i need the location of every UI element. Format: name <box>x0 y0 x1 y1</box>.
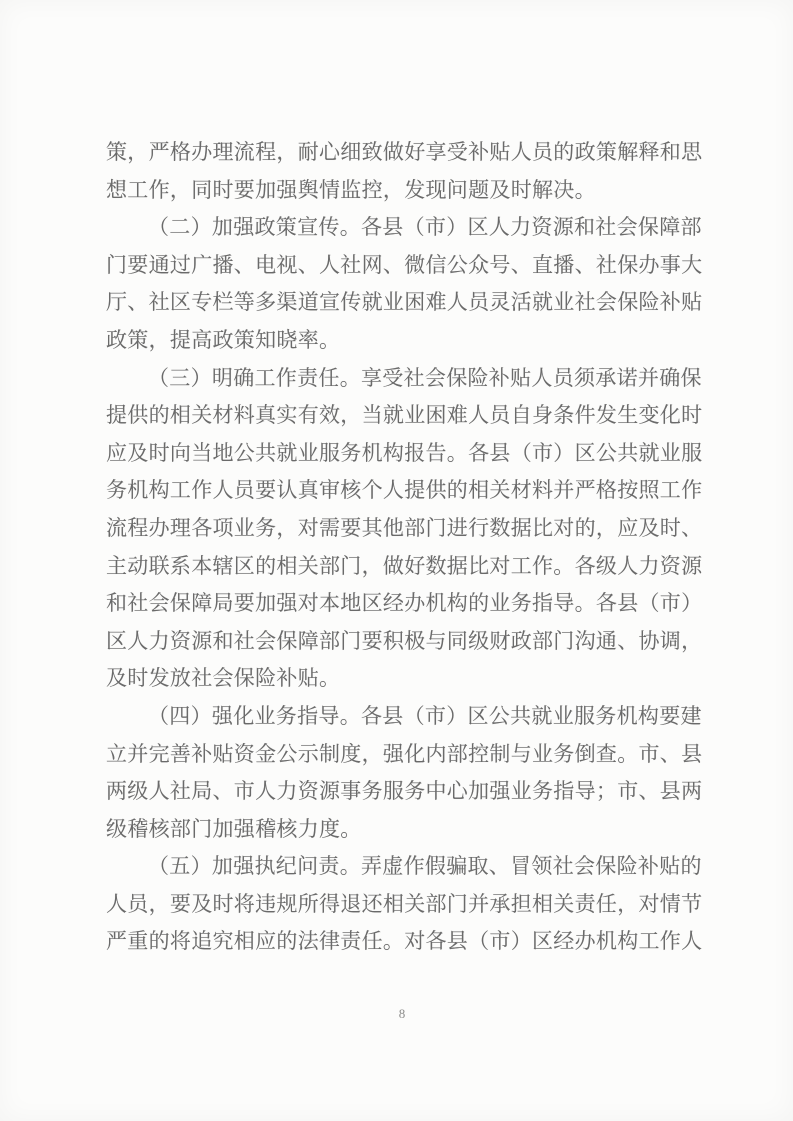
paragraph: （三）明确工作责任。享受社会保险补贴人员须承诺并确保提供的相关材料真实有效，当就… <box>106 360 698 698</box>
paragraph: （五）加强执纪问责。弄虚作假骗取、冒领社会保险补贴的人员，要及时将违规所得退还相… <box>106 848 698 961</box>
text-line: 区人力资源和社会保障部门要积极与同级财政部门沟通、协调， <box>106 623 698 661</box>
text-line: （四）强化业务指导。各县（市）区公共就业服务机构要建 <box>106 698 698 736</box>
text-line: 和社会保障局要加强对本地区经办机构的业务指导。各县（市） <box>106 585 698 623</box>
text-line: 人员，要及时将违规所得退还相关部门并承担相关责任，对情节 <box>106 886 698 924</box>
text-line: 应及时向当地公共就业服务机构报告。各县（市）区公共就业服 <box>106 435 698 473</box>
text-line: 两级人社局、市人力资源事务服务中心加强业务指导；市、县两 <box>106 773 698 811</box>
text-line: 门要通过广播、电视、人社网、微信公众号、直播、社保办事大 <box>106 247 698 285</box>
text-line: 及时发放社会保险补贴。 <box>106 660 698 698</box>
paragraph: （二）加强政策宣传。各县（市）区人力资源和社会保障部门要通过广播、电视、人社网、… <box>106 209 698 359</box>
text-line: 想工作，同时要加强舆情监控，发现问题及时解决。 <box>106 172 698 210</box>
text-line: 级稽核部门加强稽核力度。 <box>106 811 698 849</box>
text-line: 提供的相关材料真实有效，当就业困难人员自身条件发生变化时 <box>106 397 698 435</box>
page-number: 8 <box>106 1006 698 1022</box>
document-page: 策，严格办理流程，耐心细致做好享受补贴人员的政策解释和思想工作，同时要加强舆情监… <box>0 0 793 1121</box>
text-line: 主动联系本辖区的相关部门，做好数据比对工作。各级人力资源 <box>106 548 698 586</box>
text-line: 严重的将追究相应的法律责任。对各县（市）区经办机构工作人 <box>106 923 698 961</box>
text-line: 策，严格办理流程，耐心细致做好享受补贴人员的政策解释和思 <box>106 134 698 172</box>
text-line: 政策，提高政策知晓率。 <box>106 322 698 360</box>
text-line: （五）加强执纪问责。弄虚作假骗取、冒领社会保险补贴的 <box>106 848 698 886</box>
text-line: （二）加强政策宣传。各县（市）区人力资源和社会保障部 <box>106 209 698 247</box>
text-line: （三）明确工作责任。享受社会保险补贴人员须承诺并确保 <box>106 360 698 398</box>
text-line: 立并完善补贴资金公示制度，强化内部控制与业务倒查。市、县 <box>106 736 698 774</box>
text-line: 流程办理各项业务，对需要其他部门进行数据比对的，应及时、 <box>106 510 698 548</box>
paragraph: 策，严格办理流程，耐心细致做好享受补贴人员的政策解释和思想工作，同时要加强舆情监… <box>106 134 698 209</box>
paragraph: （四）强化业务指导。各县（市）区公共就业服务机构要建立并完善补贴资金公示制度，强… <box>106 698 698 848</box>
document-body: 策，严格办理流程，耐心细致做好享受补贴人员的政策解释和思想工作，同时要加强舆情监… <box>106 134 698 961</box>
text-line: 厅、社区专栏等多渠道宣传就业困难人员灵活就业社会保险补贴 <box>106 284 698 322</box>
text-line: 务机构工作人员要认真审核个人提供的相关材料并严格按照工作 <box>106 472 698 510</box>
